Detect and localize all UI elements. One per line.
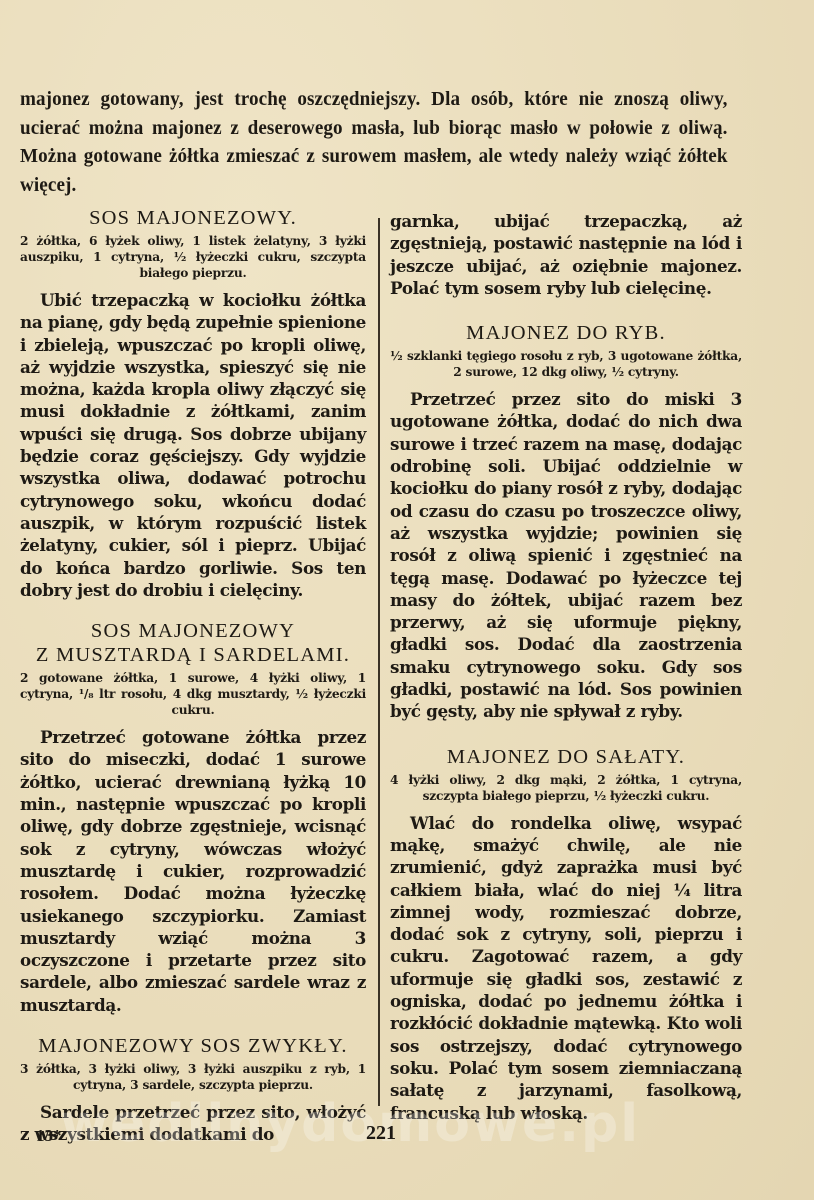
recipe-body: Ubić trzepaczką w kociołku żółtka na pia…: [20, 289, 366, 601]
recipe-body: Wlać do rondelka oliwę, wsypać mąkę, sma…: [390, 812, 742, 1124]
recipe-body-part-1: Sardele przetrzeć przez sito, włożyć z w…: [20, 1101, 366, 1146]
recipe-ingredients: 2 żółtka, 6 łyżek oliwy, 1 listek żelaty…: [20, 233, 366, 281]
recipe-body: Przetrzeć gotowane żółtka przez sito do …: [20, 726, 366, 1016]
recipe-ingredients: 2 gotowane żółtka, 1 surowe, 4 łyżki oli…: [20, 670, 366, 718]
column-divider: [378, 218, 380, 1106]
recipe-sos-majonezowy: SOS MAJONEZOWY. 2 żółtka, 6 łyżek oliwy,…: [20, 206, 366, 601]
recipe-ingredients: ½ szklanki tęgiego rosołu z ryb, 3 ugoto…: [390, 348, 742, 380]
recipe-majonez-do-ryb: MAJONEZ DO RYB. ½ szklanki tęgiego rosoł…: [390, 321, 742, 722]
recipe-title: SOS MAJONEZOWY.: [20, 206, 366, 230]
right-column: garnka, ubijać trzepaczką, aż zgęstnieją…: [390, 210, 742, 1124]
recipe-ingredients: 3 żółtka, 3 łyżki oliwy, 3 łyżki auszpik…: [20, 1061, 366, 1093]
recipe-ingredients: 4 łyżki oliwy, 2 dkg mąki, 2 żółtka, 1 c…: [390, 772, 742, 804]
recipe-title-line-1: SOS MAJONEZOWY: [20, 619, 366, 643]
intro-paragraph: majonez gotowany, jest trochę oszczędnie…: [20, 86, 728, 200]
recipe-majonezowy-sos-zwykly: MAJONEZOWY SOS ZWYKŁY. 3 żółtka, 3 łyżki…: [20, 1034, 366, 1146]
recipe-title: MAJONEZ DO SAŁATY.: [390, 745, 742, 769]
signature-mark: 13*: [36, 1126, 62, 1146]
recipe-title: MAJONEZOWY SOS ZWYKŁY.: [20, 1034, 366, 1058]
left-column: SOS MAJONEZOWY. 2 żółtka, 6 łyżek oliwy,…: [20, 206, 366, 1146]
recipe-title: MAJONEZ DO RYB.: [390, 321, 742, 345]
page-number: 221: [366, 1122, 396, 1145]
recipe-body: Przetrzeć przez sito do miski 3 ugotowan…: [390, 388, 742, 722]
recipe-majonez-do-salaty: MAJONEZ DO SAŁATY. 4 łyżki oliwy, 2 dkg …: [390, 745, 742, 1124]
recipe-body-part-2: garnka, ubijać trzepaczką, aż zgęstnieją…: [390, 210, 742, 299]
recipe-title-line-2: Z MUSZTARDĄ I SARDELAMI.: [20, 643, 366, 667]
recipe-sos-majonezowy-z-musztarda: SOS MAJONEZOWY Z MUSZTARDĄ I SARDELAMI. …: [20, 619, 366, 1016]
